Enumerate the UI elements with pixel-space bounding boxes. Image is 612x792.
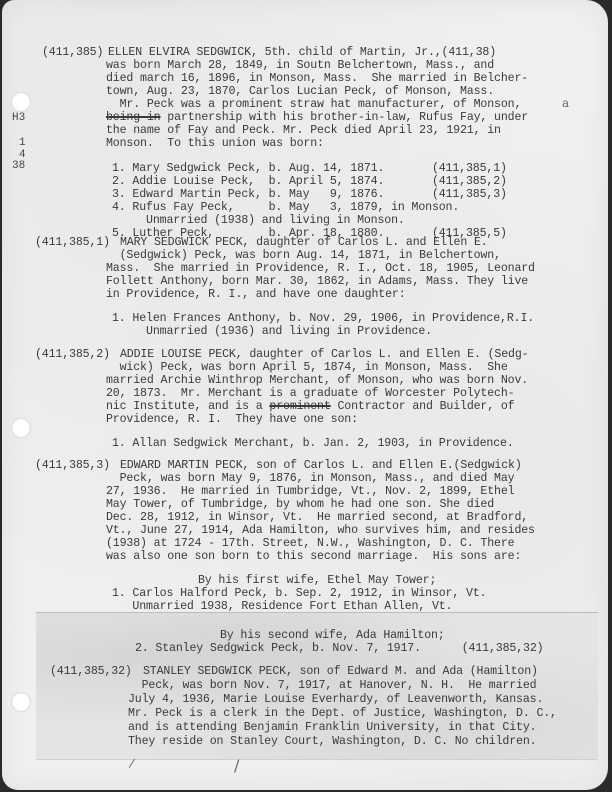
entry-line: and is attending Benjamin Franklin Unive… bbox=[128, 722, 536, 735]
entry-line: Peck, was born Nov. 7, 1917, at Hanover,… bbox=[128, 680, 536, 693]
document-page: H3 1 4 38 (411,385) ELLEN ELVIRA SEDGWIC… bbox=[2, 0, 608, 790]
entry-line: the name of Fay and Peck. Mr. Peck died … bbox=[106, 125, 501, 138]
margin-note: H3 bbox=[12, 112, 25, 124]
child-item: 1. Carlos Halford Peck, b. Sep. 2, 1912,… bbox=[112, 588, 486, 601]
entry-line: was born March 28, 1849, in Soutn Belche… bbox=[106, 60, 494, 73]
inline-text: nic Institute, and is a bbox=[106, 400, 269, 413]
entry-line: wick) Peck, was born April 5, 1874, in M… bbox=[106, 362, 508, 375]
entry-line: Providence, R. I. They have one son: bbox=[106, 414, 358, 427]
child-item: 4. Rufus Fay Peck, b. May 3, 1879, in Mo… bbox=[112, 202, 459, 215]
entry-line: married Archie Winthrop Merchant, of Mon… bbox=[106, 375, 528, 388]
entry-line: Mr. Peck is a clerk in the Dept. of Just… bbox=[128, 708, 557, 721]
entry-id: (411,385,1) bbox=[35, 237, 110, 250]
entry-line: Monson. To this union was born: bbox=[106, 138, 324, 151]
entry-line: EDWARD MARTIN PECK, son of Carlos L. and… bbox=[120, 460, 522, 473]
entry-line: Follett Anthony, born Mar. 30, 1862, in … bbox=[106, 276, 528, 289]
pencil-mark: / bbox=[234, 756, 239, 775]
entry-line: They reside on Stanley Court, Washington… bbox=[128, 736, 536, 749]
margin-note: 1 bbox=[19, 137, 26, 149]
entry-line: May Tower, of Tumbridge, by whom he had … bbox=[106, 499, 494, 512]
child-item: 1. Allan Sedgwick Merchant, b. Jan. 2, 1… bbox=[112, 438, 514, 451]
entry-id: (411,385,3) bbox=[35, 460, 110, 473]
margin-note: 38 bbox=[12, 160, 25, 172]
child-item: 1. Helen Frances Anthony, b. Nov. 29, 19… bbox=[112, 313, 534, 326]
entry-id: (411,385,2) bbox=[35, 349, 110, 362]
child-item: 3. Edward Martin Peck, b. May 9, 1876. (… bbox=[112, 189, 507, 202]
entry-line: July 4, 1936, Marie Louise Everhardy, of… bbox=[128, 694, 543, 707]
entry-line: being in partnership with his brother-in… bbox=[106, 112, 528, 125]
inline-text: Contractor and Builder, of bbox=[331, 400, 515, 413]
entry-line: (1938) at 1724 - 17th. Street, N.W., Was… bbox=[106, 538, 514, 551]
entry-id: (411,385) bbox=[42, 47, 103, 60]
entry-line: Vt., June 27, 1914, Ada Hamilton, who su… bbox=[106, 525, 535, 538]
entry-line: Mr. Peck was a prominent straw hat manuf… bbox=[106, 99, 521, 112]
entry-line: 27, 1936. He married in Tumbridge, Vt., … bbox=[106, 486, 514, 499]
punch-hole bbox=[11, 92, 31, 112]
subheading: By his first wife, Ethel May Tower; bbox=[198, 575, 436, 588]
entry-line: STANLEY SEDGWICK PECK, son of Edward M. … bbox=[143, 666, 538, 679]
child-item: 1. Mary Sedgwick Peck, b. Aug. 14, 1871.… bbox=[112, 163, 507, 176]
subheading: By his second wife, Ada Hamilton; bbox=[220, 630, 445, 643]
entry-line: (Sedgwick) Peck, was born Aug. 14, 1871,… bbox=[106, 250, 501, 263]
struck-text: being in bbox=[106, 111, 160, 124]
entry-line: town, Aug. 23, 1870, Carlos Lucian Peck,… bbox=[106, 86, 494, 99]
pencil-mark: a bbox=[562, 96, 569, 110]
entry-line: Dec. 28, 1912, in Winsor, Vt. He married… bbox=[106, 512, 528, 525]
child-item: Unmarried (1938) and living in Monson. bbox=[112, 215, 405, 228]
entry-line: Peck, was born May 9, 1876, in Monson, M… bbox=[106, 473, 514, 486]
inline-text: his brother-in-law, Rufus Fay, under bbox=[283, 111, 528, 124]
entry-line: in Providence, R. I., and have one daugh… bbox=[106, 289, 406, 302]
punch-hole bbox=[11, 692, 31, 712]
entry-line: ADDIE LOUISE PECK, daughter of Carlos L.… bbox=[120, 349, 528, 362]
child-item: 2. Addie Louise Peck, b. April 5, 1874. … bbox=[112, 176, 507, 189]
punch-hole bbox=[11, 418, 31, 438]
inline-text: partnership with bbox=[160, 111, 283, 124]
entry-line: 20, 1873. Mr. Merchant is a graduate of … bbox=[106, 388, 514, 401]
struck-text: prominent bbox=[269, 400, 330, 413]
entry-line: died march 16, 1896, in Monson, Mass. Sh… bbox=[106, 73, 528, 86]
child-item: 2. Stanley Sedgwick Peck, b. Nov. 7, 191… bbox=[135, 643, 543, 656]
entry-line: MARY SEDGWICK PECK, daughter of Carlos L… bbox=[120, 237, 488, 250]
entry-id: (411,385,32) bbox=[50, 666, 132, 679]
entry-line: Mass. She married in Providence, R. I., … bbox=[106, 263, 535, 276]
child-item: Unmarried 1938, Residence Fort Ethan All… bbox=[112, 601, 452, 614]
entry-line: was also one son born to this second mar… bbox=[106, 551, 521, 564]
entry-line: nic Institute, and is a prominent Contra… bbox=[106, 401, 514, 414]
child-item: Unmarried (1936) and living in Providenc… bbox=[112, 326, 432, 339]
entry-line: ELLEN ELVIRA SEDGWICK, 5th. child of Mar… bbox=[108, 47, 496, 60]
